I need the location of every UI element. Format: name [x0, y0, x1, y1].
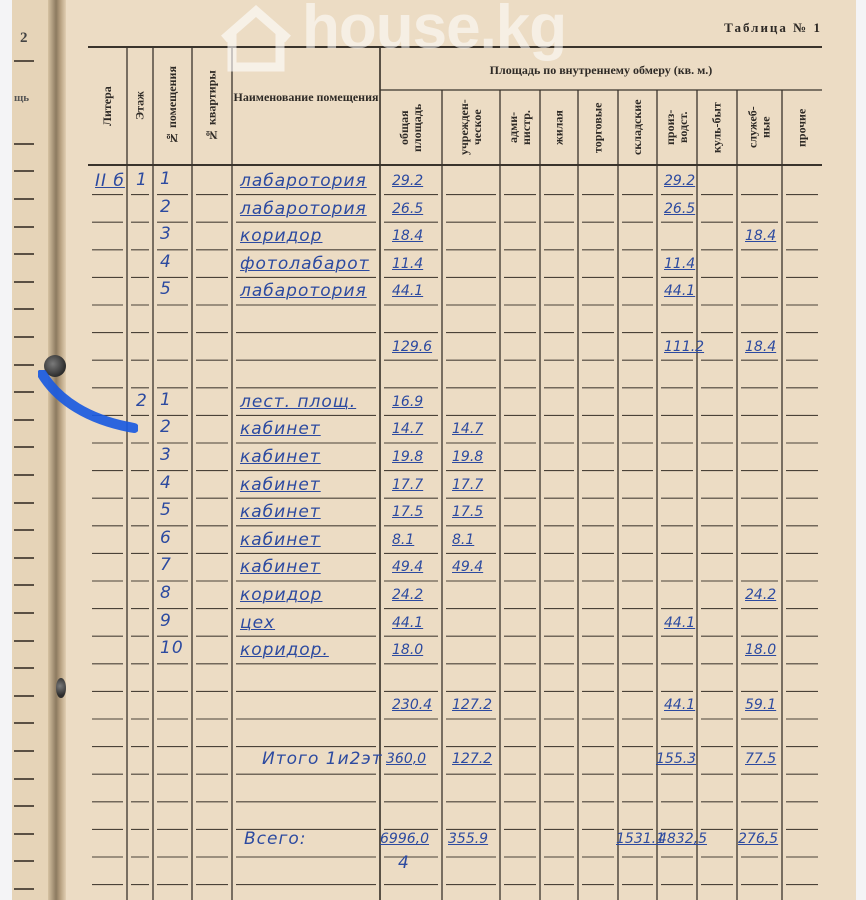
vsego-institutional-area: 355.9	[448, 831, 488, 847]
cell-total-area: 8.1	[392, 532, 414, 548]
cell-litera: II б	[95, 173, 125, 189]
vsego-note-below: 4	[398, 855, 410, 871]
cell-room-number: 3	[160, 447, 172, 463]
cell-room-number: 4	[160, 254, 172, 270]
cell-production-area: 44.1	[664, 697, 695, 713]
cell-room-name: коридор	[240, 587, 322, 603]
column-header-other: прочие	[782, 92, 822, 163]
cell-institutional-area: 17.5	[452, 504, 483, 520]
table-title: Таблица № 1	[724, 20, 822, 36]
vsego-production-area: 4832,5	[658, 831, 707, 847]
cell-total-area: 44.1	[392, 283, 423, 299]
document-page: 2 щь Таблица № 1 house.kg ЛитераЭтаж№ по…	[0, 0, 866, 900]
cell-room-name: кабинет	[240, 421, 321, 437]
cell-room-name: коридор.	[240, 642, 329, 658]
cell-service-area: 24.2	[745, 587, 776, 603]
cell-floor: 1	[136, 172, 148, 188]
cell-service-area: 18.0	[745, 642, 776, 658]
cell-room-number: 6	[160, 530, 172, 546]
cell-room-name: лабаротория	[240, 201, 367, 217]
cell-room-number: 4	[160, 475, 172, 491]
cell-production-area: 44.1	[664, 283, 695, 299]
column-header-trade: торговые	[578, 92, 618, 163]
cell-total-area: 44.1	[392, 615, 423, 631]
cell-total-area: 29.2	[392, 173, 423, 189]
itogo-total-area: 360,0	[386, 751, 426, 767]
cell-institutional-area: 14.7	[452, 421, 483, 437]
itogo-label: Итого 1и2эт	[262, 751, 383, 767]
cell-room-number: 1	[160, 392, 172, 408]
cell-total-area: 18.0	[392, 642, 423, 658]
column-header-name: Наименование помещения	[232, 77, 380, 117]
cell-total-area: 17.5	[392, 504, 423, 520]
cell-room-name: фотолабарот	[240, 256, 370, 272]
vsego-label: Всего:	[244, 831, 307, 847]
cell-total-area: 17.7	[392, 477, 423, 493]
cell-room-name: кабинет	[240, 477, 321, 493]
cell-production-area: 44.1	[664, 615, 695, 631]
cell-total-area: 230.4	[392, 697, 432, 713]
itogo-service-area: 77.5	[745, 751, 776, 767]
cell-room-number: 8	[160, 585, 172, 601]
cell-total-area: 24.2	[392, 587, 423, 603]
cell-room-name: цех	[240, 615, 275, 631]
cell-room-name: лест. площ.	[240, 394, 356, 410]
itogo-institutional-area: 127.2	[452, 751, 492, 767]
cell-total-area: 14.7	[392, 421, 423, 437]
itogo-production-area: 155.3	[656, 751, 696, 767]
cell-room-number: 9	[160, 613, 172, 629]
column-header-storage: складские	[618, 92, 657, 163]
cell-institutional-area: 49.4	[452, 559, 483, 575]
cell-service-area: 18.4	[745, 339, 776, 355]
cell-room-name: кабинет	[240, 504, 321, 520]
column-header-service: служеб- ные	[737, 92, 782, 163]
column-header-etazh: Этаж	[127, 49, 153, 163]
blue-pen-mark	[38, 370, 138, 440]
cell-room-number: 1	[160, 171, 172, 187]
vsego-total-area: 6996,0	[380, 831, 429, 847]
cell-room-name: лабаротория	[240, 283, 367, 299]
column-header-litera: Литера	[88, 49, 127, 163]
cell-institutional-area: 8.1	[452, 532, 474, 548]
cell-service-area: 18.4	[745, 228, 776, 244]
column-header-total: общая площадь	[380, 92, 442, 163]
cell-room-number: 5	[160, 502, 172, 518]
cell-room-number: 3	[160, 226, 172, 242]
cell-room-number: 10	[160, 640, 184, 656]
cell-room-name: кабинет	[240, 532, 321, 548]
cell-room-number: 5	[160, 281, 172, 297]
cell-room-name: лабаротория	[240, 173, 367, 189]
cell-total-area: 18.4	[392, 228, 423, 244]
cell-room-name: коридор	[240, 228, 322, 244]
cell-room-number: 2	[160, 419, 172, 435]
vsego-service-area: 276,5	[738, 831, 778, 847]
column-header-apt_no: № квартиры	[192, 49, 232, 163]
cell-institutional-area: 17.7	[452, 477, 483, 493]
cell-total-area: 129.6	[392, 339, 432, 355]
cell-total-area: 11.4	[392, 256, 423, 272]
cell-institutional-area: 127.2	[452, 697, 492, 713]
cell-production-area: 11.4	[664, 256, 695, 272]
column-header-cult: куль-быт	[697, 92, 737, 163]
cell-room-number: 2	[160, 199, 172, 215]
column-group-header-area: Площадь по внутреннему обмеру (кв. м.)	[380, 55, 822, 85]
cell-production-area: 26.5	[664, 201, 695, 217]
column-header-room_no: № помещения	[153, 49, 192, 163]
cell-total-area: 26.5	[392, 201, 423, 217]
cell-institutional-area: 19.8	[452, 449, 483, 465]
cell-production-area: 111.2	[664, 339, 704, 355]
column-header-admin: адми- нистр.	[500, 92, 540, 163]
cell-total-area: 19.8	[392, 449, 423, 465]
cell-room-name: кабинет	[240, 449, 321, 465]
cell-total-area: 16.9	[392, 394, 423, 410]
watermark-text: house.kg	[302, 0, 566, 63]
cell-service-area: 59.1	[745, 697, 776, 713]
cell-total-area: 49.4	[392, 559, 423, 575]
column-header-living: жилая	[540, 92, 578, 163]
column-header-prod: произ- водст.	[657, 92, 697, 163]
column-header-inst: учрежден- ческое	[442, 92, 500, 163]
cell-production-area: 29.2	[664, 173, 695, 189]
cell-room-name: кабинет	[240, 559, 321, 575]
cell-room-number: 7	[160, 557, 172, 573]
